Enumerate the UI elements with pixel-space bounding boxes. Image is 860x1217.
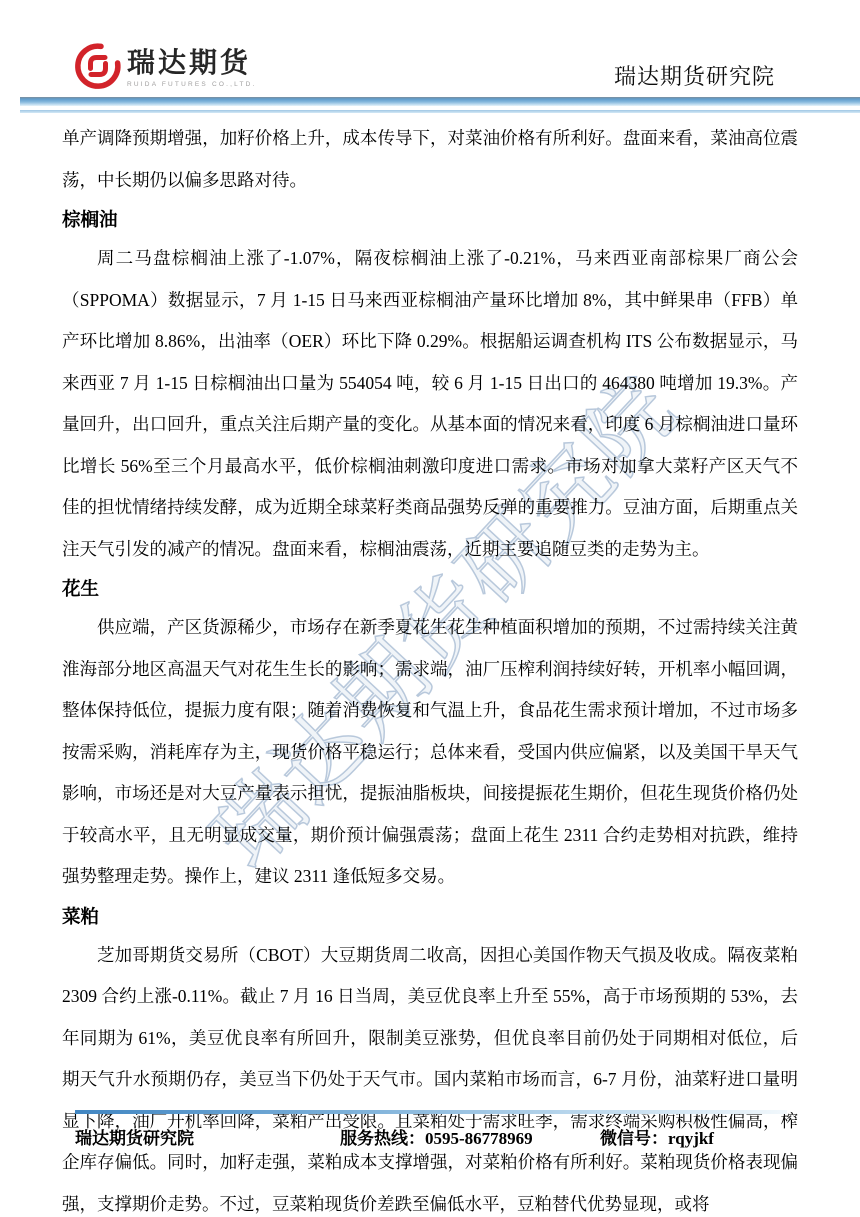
footer-org-name: 瑞达期货研究院: [75, 1124, 194, 1149]
section-heading-rapeseed-meal: 菜粕: [62, 903, 798, 933]
logo-text: 瑞达期货 RUIDA FUTURES CO.,LTD.: [127, 42, 257, 89]
section-body-peanut: 供应端，产区货源稀少，市场存在新季夏花生花生种植面积增加的预期，不过需持续关注黄…: [62, 607, 798, 898]
ruida-logo-icon: [74, 42, 122, 90]
footer-hotline: 服务热线：0595-86778969: [340, 1124, 533, 1149]
page-title: 瑞达期货研究院: [614, 60, 775, 91]
section-body-palm-oil: 周二马盘棕榈油上涨了-1.07%，隔夜棕榈油上涨了-0.21%，马来西亚南部棕果…: [62, 238, 798, 570]
section-heading-peanut: 花生: [62, 575, 798, 605]
footer-wechat-id: 微信号：rqyjkf: [600, 1124, 714, 1149]
company-logo: 瑞达期货 RUIDA FUTURES CO.,LTD.: [74, 42, 257, 90]
footer-divider-line: [75, 1110, 787, 1114]
header-divider-thin-bar: [20, 110, 860, 113]
footer: 瑞达期货研究院 服务热线：0595-86778969 微信号：rqyjkf: [75, 1124, 787, 1150]
report-body: 单产调降预期增强，加籽价格上升，成本传导下，对菜油价格有所利好。盘面来看，菜油高…: [62, 118, 798, 1217]
section-body-rapeseed-meal: 芝加哥期货交易所（CBOT）大豆期货周二收高，因担心美国作物天气损及收成。隔夜菜…: [62, 935, 798, 1217]
section-heading-palm-oil: 棕榈油: [62, 206, 798, 236]
logo-name-en: RUIDA FUTURES CO.,LTD.: [127, 80, 257, 89]
header-divider-bar: [20, 97, 860, 106]
intro-paragraph: 单产调降预期增强，加籽价格上升，成本传导下，对菜油价格有所利好。盘面来看，菜油高…: [62, 118, 798, 201]
report-page: 瑞达期货 RUIDA FUTURES CO.,LTD. 瑞达期货研究院 瑞达期货…: [0, 0, 860, 1217]
logo-name-cn: 瑞达期货: [127, 46, 257, 80]
